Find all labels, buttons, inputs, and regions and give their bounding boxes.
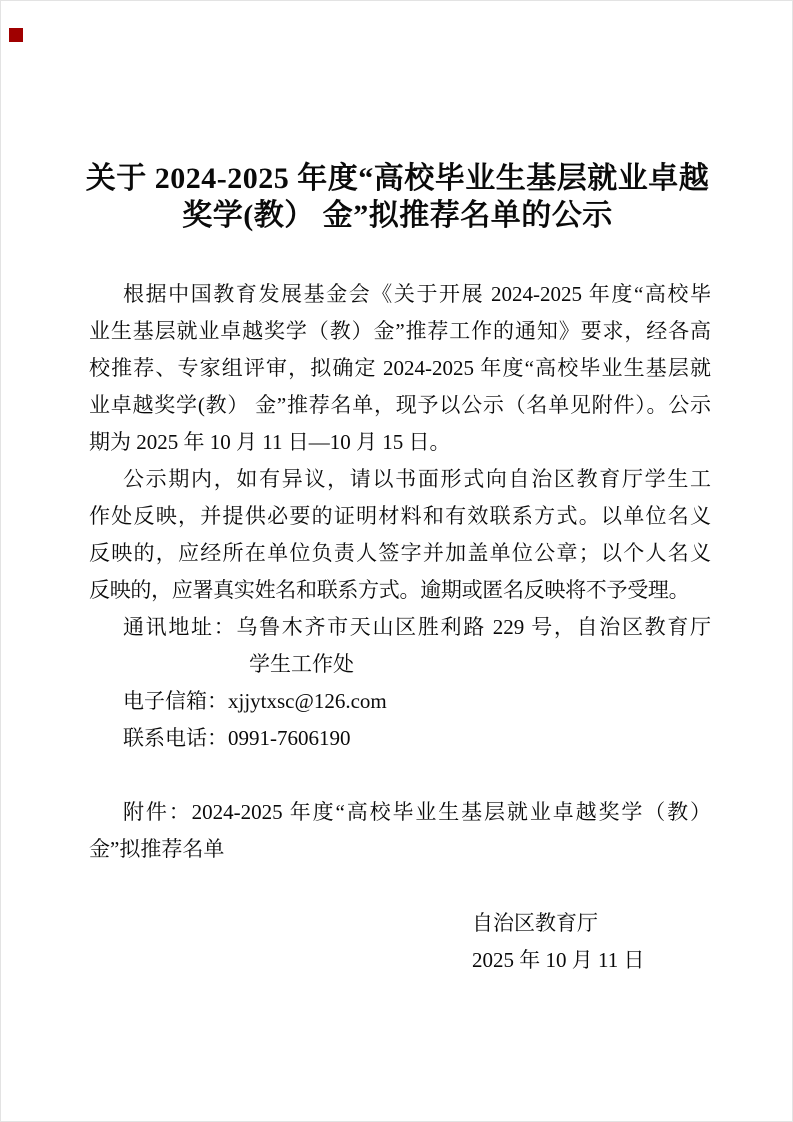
contact-phone: 联系电话：0991-7606190 xyxy=(89,720,711,757)
para1-line-4: 业卓越奖学(教） 金”推荐名单，现予以公示（名单见附件）。公示 xyxy=(89,387,711,424)
notice-title: 关于 2024-2025 年度“高校毕业生基层就业卓越 奖学(教） 金”拟推荐名… xyxy=(1,160,793,234)
para2-line-4: 反映的，应署真实姓名和联系方式。逾期或匿名反映将不予受理。 xyxy=(89,572,711,609)
signature-date: 2025 年 10 月 11 日 xyxy=(89,942,711,979)
contact-address-line-2: 学生工作处 xyxy=(89,646,711,683)
attachment-line-1: 附件：2024-2025 年度“高校毕业生基层就业卓越奖学（教） xyxy=(89,794,711,831)
para2-line-3: 反映的，应经所在单位负责人签字并加盖单位公章；以个人名义 xyxy=(89,535,711,572)
para1-line-1: 根据中国教育发展基金会《关于开展 2024-2025 年度“高校毕 xyxy=(89,276,711,313)
para2-line-1: 公示期内，如有异议，请以书面形式向自治区教育厅学生工 xyxy=(89,461,711,498)
contact-address-line-1: 通讯地址：乌鲁木齐市天山区胜利路 229 号，自治区教育厅 xyxy=(89,609,711,646)
notice-body: 根据中国教育发展基金会《关于开展 2024-2025 年度“高校毕 业生基层就业… xyxy=(89,276,711,979)
attachment-line-2: 金”拟推荐名单 xyxy=(89,831,711,868)
signature-org: 自治区教育厅 xyxy=(89,905,711,942)
para1-line-5: 期为 2025 年 10 月 11 日—10 月 15 日。 xyxy=(89,424,711,461)
spacer xyxy=(89,868,711,905)
spacer xyxy=(89,757,711,794)
para2-line-2: 作处反映，并提供必要的证明材料和有效联系方式。以单位名义 xyxy=(89,498,711,535)
corner-mark xyxy=(9,28,23,42)
para1-line-2: 业生基层就业卓越奖学（教）金”推荐工作的通知》要求，经各高 xyxy=(89,313,711,350)
para1-line-3: 校推荐、专家组评审，拟确定 2024-2025 年度“高校毕业生基层就 xyxy=(89,350,711,387)
title-line-2: 奖学(教） 金”拟推荐名单的公示 xyxy=(1,197,793,234)
title-line-1: 关于 2024-2025 年度“高校毕业生基层就业卓越 xyxy=(1,160,793,197)
contact-email: 电子信箱：xjjytxsc@126.com xyxy=(89,683,711,720)
document-page: 关于 2024-2025 年度“高校毕业生基层就业卓越 奖学(教） 金”拟推荐名… xyxy=(0,0,793,1122)
